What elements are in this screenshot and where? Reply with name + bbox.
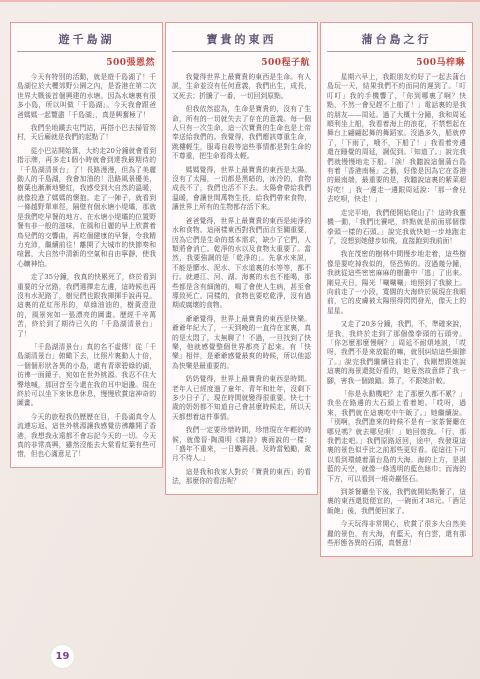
article-body: 我覺得世界上最寶貴的東西是生命。有人説，生命並沒有任何意義，我們出生，成長，又死… (172, 73, 311, 487)
article-paragraph: 我在茂密的樹林中間慢步地走着，這些樹像是要吃掉我似的，怪恐怖的。沒過幾分鐘，我就… (327, 250, 466, 316)
article-title: 寶貴的東西 (172, 28, 311, 51)
article-panel: 蒲台島之行 500马梓琳 星期六早上，我跟朋友約好了一起去蒲台島玩一天，結果我們… (320, 22, 473, 557)
article-paragraph: 到茶餐廳坐下後，我們就開始點餐了，這裏的東西還挺便宜的，一碗面才38元。「酒足飯… (327, 488, 466, 516)
article-paragraph: 媽媽覺得，世界上最寶貴的東西是太陽。沒有了太陽，一切都是黑暗的，冰冷的，食物成長… (172, 166, 311, 213)
article-paragraph: 但我依然認為，生命是寶貴的，沒有了生命，所有的一切就失去了存在的意義。每一個人只… (172, 105, 311, 161)
article-paragraph: 今天玩得非常開心，欣賞了很多大自然美麗的景色，有大海，有藍天，有白雲，還有那些形… (327, 520, 466, 548)
article-paragraph: 奶奶覺得，世界上最寶貴的東西是時間。老年人已經度過了童年、青年和壯年，沒剩下多少… (172, 375, 311, 422)
article-paragraph: 這是我和我家人對於「寶貴的東西」的看法，那麼你的看法呢？ (172, 468, 311, 487)
article-paragraph: 爸爸覺得，世界上最寶貴的東西是純淨的水和食物。這兩樣東西對我們而言至關重要，因為… (172, 217, 311, 311)
article-author: 500張恩然 (17, 55, 155, 68)
article-author: 500程子航 (172, 55, 310, 68)
article-body: 星期六早上，我跟朋友約好了一起去蒲台島玩一天，結果我們不約而同的遲到了。「叮叮叮… (327, 73, 466, 549)
article-paragraph: 我們一定要珍惜時間，珍惜現在年輕的時候，就像晉·陶淵明《雜詩》裏面說的一樣：「盛… (172, 426, 311, 464)
article-title: 蒲台島之行 (327, 28, 466, 51)
article-paragraph: 爺爺覺得，世界上最寶貴的東西是快樂。爺爺年紀大了，一天到晚的一直待在家裏，真的是… (172, 315, 311, 371)
title-divider (327, 51, 466, 52)
article-panel: 遊千島湖 500張恩然 今天有特別的活動，就是遊千島湖了！千島湖位於大欖郊野公園… (10, 22, 163, 468)
title-divider (172, 51, 311, 52)
page-number: 19 (56, 651, 70, 662)
article-paragraph: 星期六早上，我跟朋友約好了一起去蒲台島玩一天，結果我們不約而同的遲到了。「叮叮叮… (327, 73, 466, 205)
article-paragraph: 走了35分鐘，我真的快累死了，終於看到重要的分岔路，我們選擇走左邊，這時候也再沒… (17, 273, 156, 339)
top-accent-line (0, 0, 480, 2)
article-panel: 寶貴的東西 500程子航 我覺得世界上最寶貴的東西是生命。有人説，生命並沒有任何… (165, 22, 318, 495)
page-number-badge: 19 (51, 645, 74, 668)
article-paragraph: 我覺得世界上最寶貴的東西是生命。有人説，生命並沒有任何意義，我們出生，成長，又死… (172, 73, 311, 101)
article-paragraph: 從小巴站開始算，大約走20分鐘就會看到指示牌，再多走1個小時就會到達我最期待的「… (17, 147, 156, 269)
article-body: 今天有特別的活動，就是遊千島湖了！千島湖位於大欖郊野公園之內，是香港在第二次世界… (17, 73, 156, 460)
article-author: 500马梓琳 (327, 55, 465, 68)
article-paragraph: 走完平地，我們便開始爬山了！這時我靈機一動，「我們比賽吧，終點就是前面那個像拳頭… (327, 209, 466, 247)
article-paragraph: 「千島湖清景台」真的名不虛傳！從「千島湖清景台」俯瞰下去，比照片裏動人十倍，一個… (17, 343, 156, 409)
articles-container: 遊千島湖 500張恩然 今天有特別的活動，就是遊千島湖了！千島湖位於大欖郊野公園… (10, 22, 474, 557)
article-paragraph: 我們坐地鐵去屯門站，再搭小巴去掃管笏村，天后廟就是我們的起點了！ (17, 124, 156, 143)
magazine-page: { "page": { "number": "19", "accent_colo… (0, 0, 480, 679)
article-paragraph: 今天有特別的活動，就是遊千島湖了！千島湖位於大欖郊野公園之內，是香港在第二次世界… (17, 73, 156, 120)
title-divider (17, 51, 156, 52)
article-title: 遊千島湖 (17, 28, 156, 51)
article-paragraph: 又走了20多分鐘，我們，不，準確來說，是我，我終於走到了那個像拳頭的石頭旁。「你… (327, 320, 466, 386)
article-paragraph: 「你是永動機吧？走了那麼久都不累？」我坐在路邊的大石頭上看着她。「哎呀，過來，我… (327, 390, 466, 484)
article-paragraph: 今天的旅程我仍歷歷在目，千島湖真令人流連忘返。這世外桃源讓我感覺彷彿離開了香港，… (17, 413, 156, 460)
